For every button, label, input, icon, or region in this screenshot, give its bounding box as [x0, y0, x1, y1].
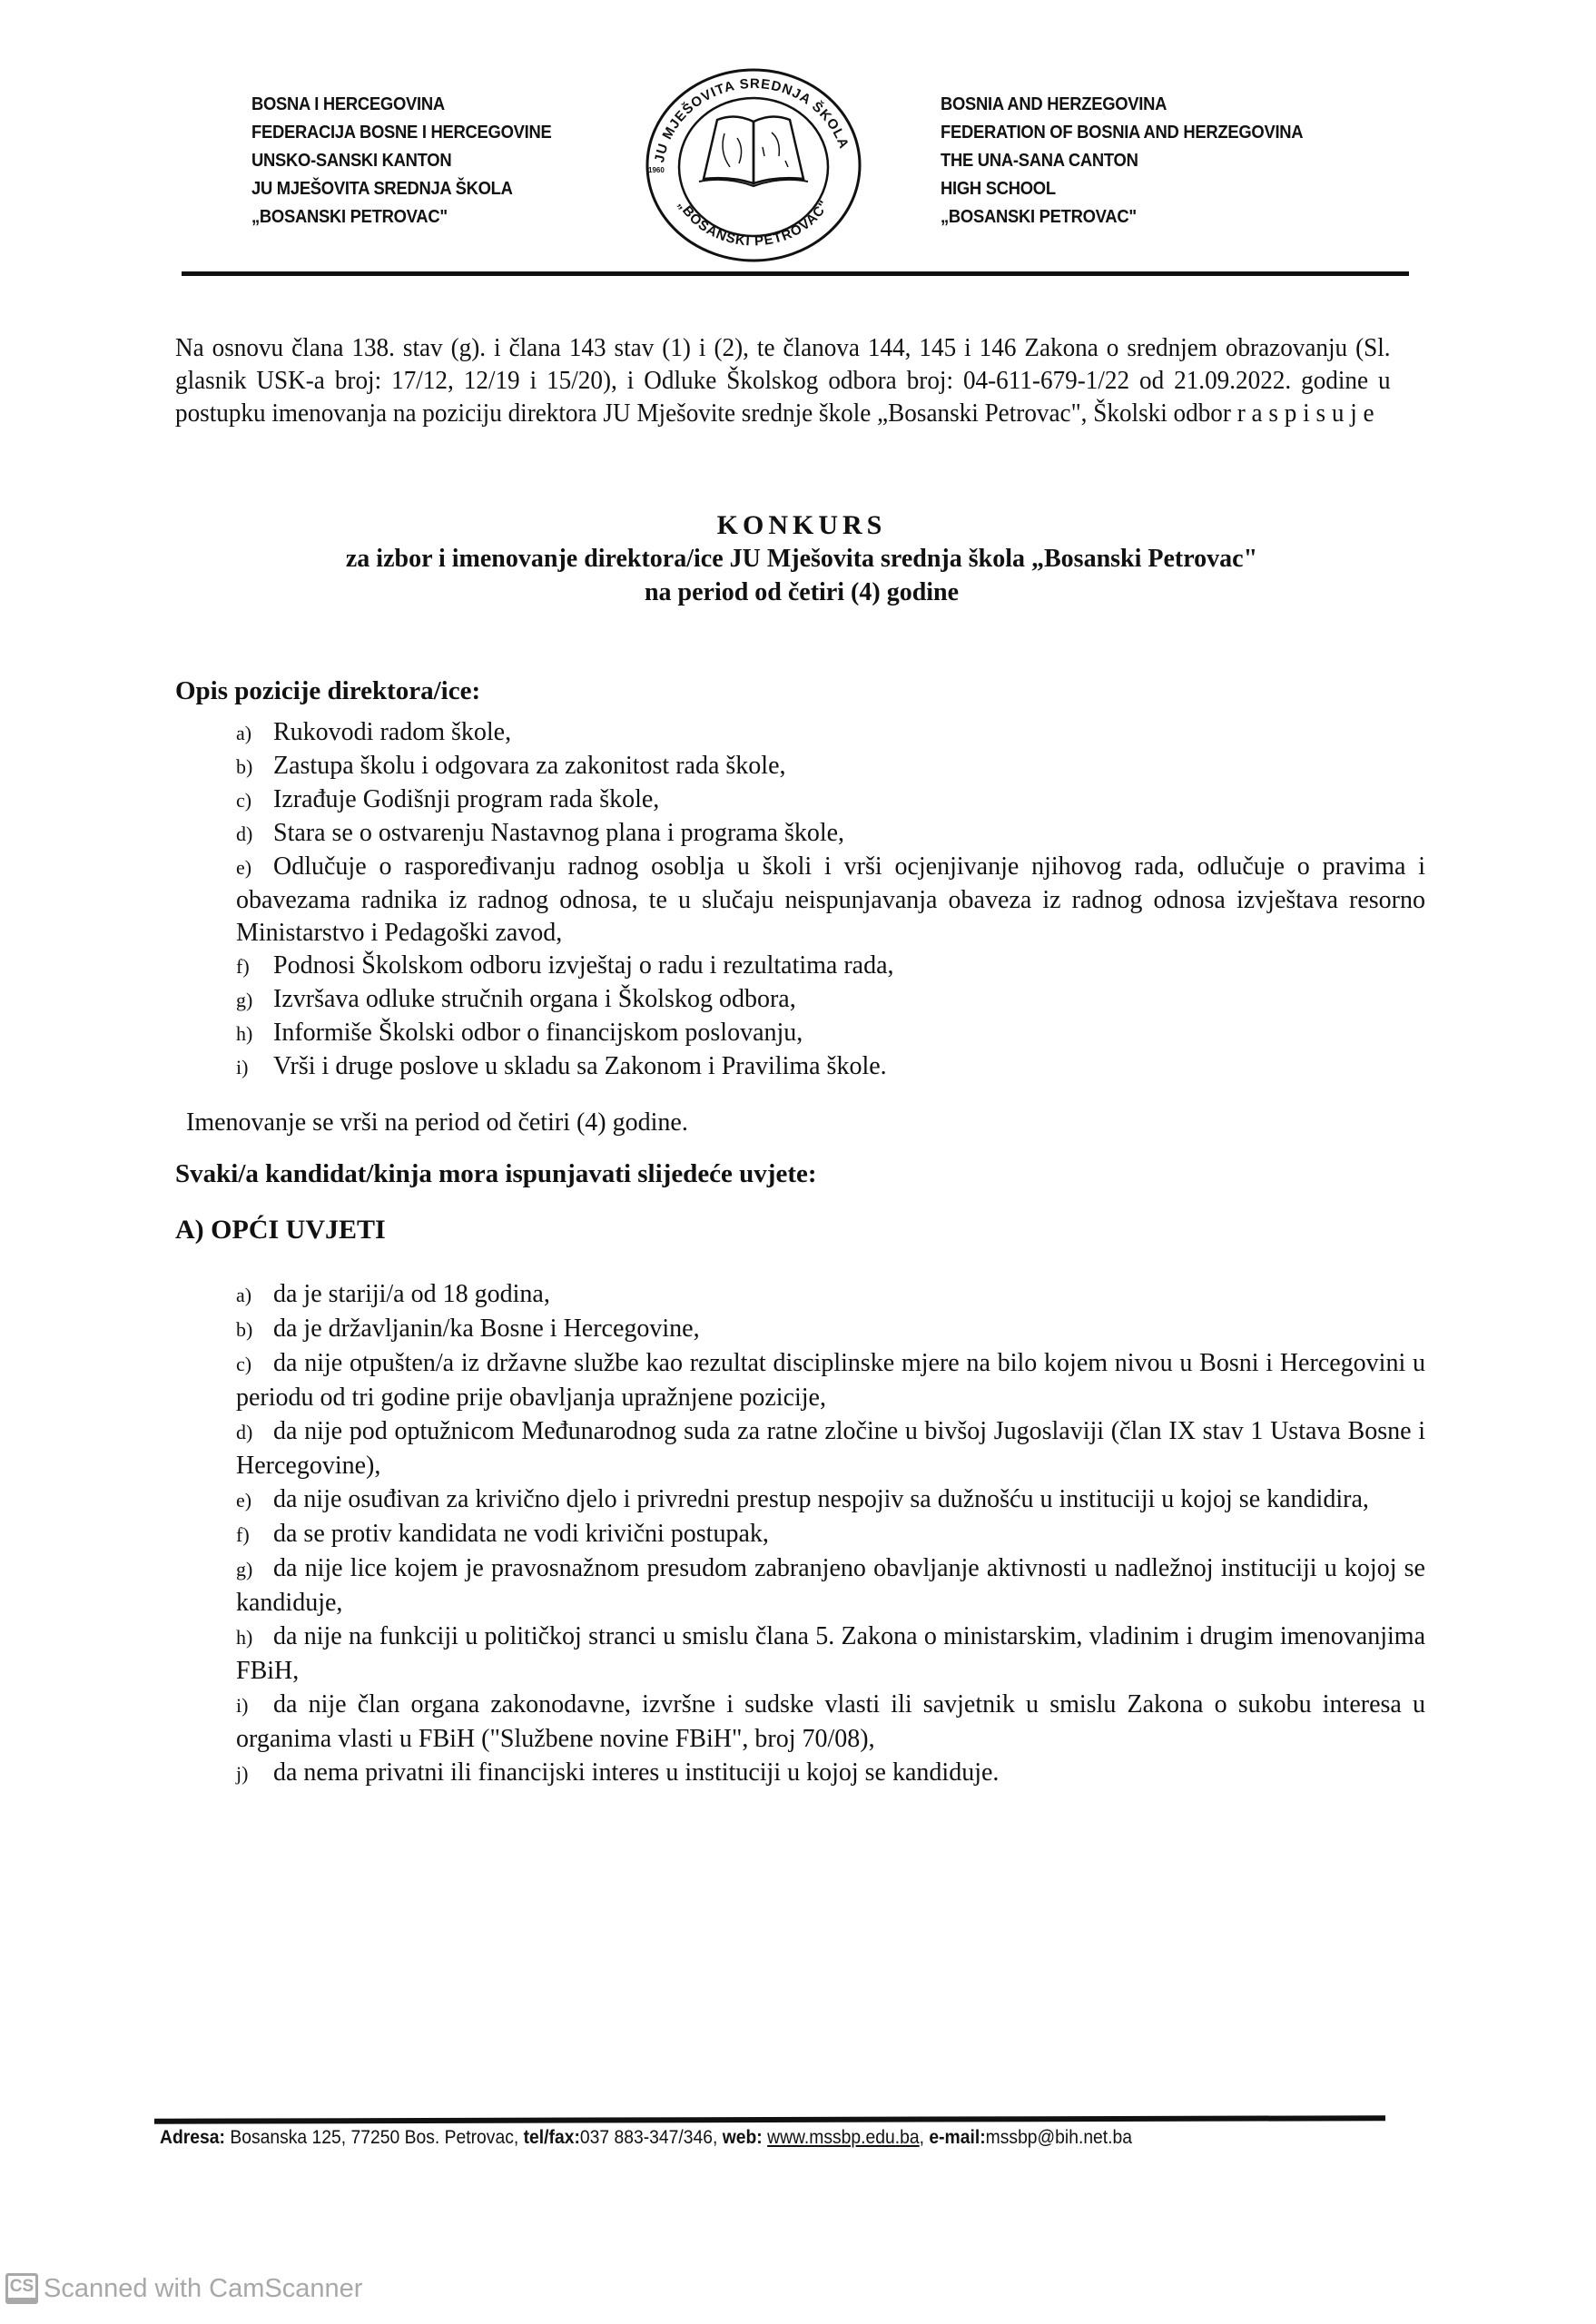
- list-item: d)da nije pod optužnicom Međunarodnog su…: [236, 1414, 1425, 1482]
- list-item-text: Podnosi Školskom odboru izvještaj o radu…: [273, 951, 894, 980]
- list-item-text: Stara se o ostvarenju Nastavnog plana i …: [273, 819, 844, 847]
- list-item-text: da nije osuđivan za krivično djelo i pri…: [273, 1485, 1369, 1513]
- header-divider: [182, 271, 1409, 276]
- footer-contact: Adresa: Bosanska 125, 77250 Bos. Petrova…: [160, 2127, 1132, 2149]
- tel-label: tel/fax:: [524, 2127, 580, 2148]
- list-item-text: da je državljanin/ka Bosne i Hercegovine…: [273, 1315, 700, 1343]
- list-item: i)da nije član organa zakonodavne, izvrš…: [236, 1688, 1425, 1756]
- letterhead-line: FEDERATION OF BOSNIA AND HERZEGOVINA: [941, 119, 1303, 147]
- list-item-text: Informiše Školski odbor o financijskom p…: [273, 1019, 803, 1047]
- list-item-label: a): [236, 717, 273, 750]
- list-item-label: c): [236, 1347, 273, 1381]
- list-item-label: b): [236, 751, 273, 783]
- website-link[interactable]: www.mssbp.edu.ba: [767, 2127, 920, 2148]
- camscanner-logo-icon: CS: [5, 2273, 38, 2304]
- list-item-label: f): [236, 1518, 273, 1551]
- list-item-label: i): [236, 1051, 273, 1084]
- letterhead-line: FEDERACIJA BOSNE I HERCEGOVINE: [251, 119, 551, 147]
- letterhead-right: BOSNIA AND HERZEGOVINA FEDERATION OF BOS…: [941, 91, 1303, 231]
- list-item-text: Odlučuje o raspoređivanju radnog osoblja…: [236, 852, 1425, 947]
- list-item: g)Izvršava odluke stručnih organa i Škol…: [236, 983, 1425, 1017]
- list-item: e)Odlučuje o raspoređivanju radnog osobl…: [236, 851, 1425, 950]
- school-seal-icon: JU MJEŠOVITA SREDNJA ŠKOLA „BOSANSKI PET…: [635, 65, 872, 265]
- list-item-label: g): [236, 984, 273, 1017]
- list-item-text: da se protiv kandidata ne vodi krivični …: [273, 1520, 769, 1548]
- list-item: i)Vrši i druge poslove u skladu sa Zakon…: [236, 1050, 1425, 1084]
- letterhead-line: BOSNIA AND HERZEGOVINA: [941, 91, 1303, 119]
- list-item-text: da nije otpušten/a iz državne službe kao…: [236, 1349, 1425, 1412]
- list-item-label: a): [236, 1278, 273, 1312]
- list-item: h)da nije na funkciji u političkoj stran…: [236, 1620, 1425, 1688]
- letterhead-line: „BOSANSKI PETROVAC": [251, 203, 551, 231]
- intro-text: Na osnovu člana 138. stav (g). i člana 1…: [175, 334, 1391, 428]
- address-label: Adresa:: [160, 2127, 225, 2148]
- list-item-label: h): [236, 1018, 273, 1050]
- appointment-note: Imenovanje se vrši na period od četiri (…: [186, 1107, 688, 1139]
- list-item: h)Informiše Školski odbor o financijskom…: [236, 1017, 1425, 1050]
- list-item-text: da nije lice kojem je pravosnažnom presu…: [236, 1554, 1425, 1617]
- svg-text:„BOSANSKI PETROVAC": „BOSANSKI PETROVAC": [675, 197, 832, 249]
- title-subtitle: za izbor i imenovanje direktora/ice JU M…: [175, 542, 1428, 576]
- position-description-list: a)Rukovodi radom škole,b)Zastupa školu i…: [236, 716, 1425, 1084]
- list-item: f)da se protiv kandidata ne vodi krivičn…: [236, 1517, 1425, 1551]
- list-item-label: e): [236, 1483, 273, 1517]
- list-item: a)da je stariji/a od 18 godina,: [236, 1277, 1425, 1312]
- letterhead-line: THE UNA-SANA CANTON: [941, 147, 1303, 175]
- svg-text:1960: 1960: [648, 166, 665, 174]
- list-item-label: c): [236, 784, 273, 817]
- list-item-label: d): [236, 1415, 273, 1449]
- intro-action: raspisuje: [1237, 399, 1381, 428]
- position-description-heading: Opis pozicije direktora/ice:: [175, 676, 480, 706]
- separator: ,: [920, 2127, 930, 2148]
- list-item: b)da je državljanin/ka Bosne i Hercegovi…: [236, 1312, 1425, 1346]
- tel-value: 037 883-347/346,: [580, 2127, 723, 2148]
- list-item-label: j): [236, 1757, 273, 1790]
- list-item-label: h): [236, 1620, 273, 1654]
- document-title: KONKURS: [175, 508, 1428, 542]
- camscanner-watermark: CS Scanned with CamScanner: [5, 2273, 362, 2304]
- list-item-text: Vrši i druge poslove u skladu sa Zakonom…: [273, 1052, 887, 1080]
- email-link[interactable]: mssbp@bih.net.ba: [986, 2127, 1132, 2148]
- address-value: Bosanska 125, 77250 Bos. Petrovac,: [225, 2127, 524, 2148]
- email-label: e-mail:: [929, 2127, 985, 2148]
- letterhead-line: „BOSANSKI PETROVAC": [941, 203, 1303, 231]
- list-item-text: Izrađuje Godišnji program rada škole,: [273, 785, 659, 813]
- list-item-label: e): [236, 852, 273, 884]
- list-item: a)Rukovodi radom škole,: [236, 716, 1425, 750]
- web-label: web:: [723, 2127, 763, 2148]
- title-block: KONKURS za izbor i imenovanje direktora/…: [175, 508, 1428, 609]
- list-item-label: f): [236, 950, 273, 983]
- letterhead-line: BOSNA I HERCEGOVINA: [251, 91, 551, 119]
- list-item-text: da nije pod optužnicom Međunarodnog suda…: [236, 1417, 1425, 1480]
- list-item: e)da nije osuđivan za krivično djelo i p…: [236, 1482, 1425, 1517]
- list-item-label: g): [236, 1552, 273, 1586]
- title-period: na period od četiri (4) godine: [175, 576, 1428, 609]
- list-item: f)Podnosi Školskom odboru izvještaj o ra…: [236, 950, 1425, 983]
- letterhead-line: HIGH SCHOOL: [941, 175, 1303, 203]
- list-item-label: d): [236, 818, 273, 851]
- list-item: j)da nema privatni ili financijski inter…: [236, 1756, 1425, 1790]
- list-item-label: i): [236, 1689, 273, 1722]
- letterhead-left: BOSNA I HERCEGOVINA FEDERACIJA BOSNE I H…: [251, 91, 551, 231]
- general-conditions-heading: A) OPĆI UVJETI: [175, 1215, 386, 1246]
- letterhead-line: UNSKO-SANSKI KANTON: [251, 147, 551, 175]
- list-item: b)Zastupa školu i odgovara za zakonitost…: [236, 750, 1425, 783]
- general-conditions-list: a)da je stariji/a od 18 godina,b)da je d…: [236, 1277, 1425, 1790]
- watermark-text: Scanned with CamScanner: [44, 2274, 362, 2304]
- list-item-text: da je stariji/a od 18 godina,: [273, 1280, 550, 1308]
- list-item: d)Stara se o ostvarenju Nastavnog plana …: [236, 817, 1425, 851]
- requirements-heading: Svaki/a kandidat/kinja mora ispunjavati …: [175, 1159, 817, 1189]
- list-item-text: Zastupa školu i odgovara za zakonitost r…: [273, 752, 786, 780]
- list-item-text: Rukovodi radom škole,: [273, 718, 511, 746]
- letterhead-line: JU MJEŠOVITA SREDNJA ŠKOLA: [251, 175, 551, 203]
- list-item-label: b): [236, 1313, 273, 1346]
- intro-paragraph: Na osnovu člana 138. stav (g). i člana 1…: [175, 332, 1391, 430]
- list-item-text: da nije član organa zakonodavne, izvršne…: [236, 1690, 1425, 1753]
- list-item-text: da nema privatni ili financijski interes…: [273, 1758, 999, 1787]
- list-item-text: da nije na funkciji u političkoj stranci…: [236, 1622, 1425, 1685]
- list-item: c)Izrađuje Godišnji program rada škole,: [236, 783, 1425, 817]
- list-item: g)da nije lice kojem je pravosnažnom pre…: [236, 1551, 1425, 1620]
- footer-divider: [154, 2115, 1385, 2124]
- list-item-text: Izvršava odluke stručnih organa i Školsk…: [273, 985, 796, 1013]
- list-item: c)da nije otpušten/a iz državne službe k…: [236, 1346, 1425, 1414]
